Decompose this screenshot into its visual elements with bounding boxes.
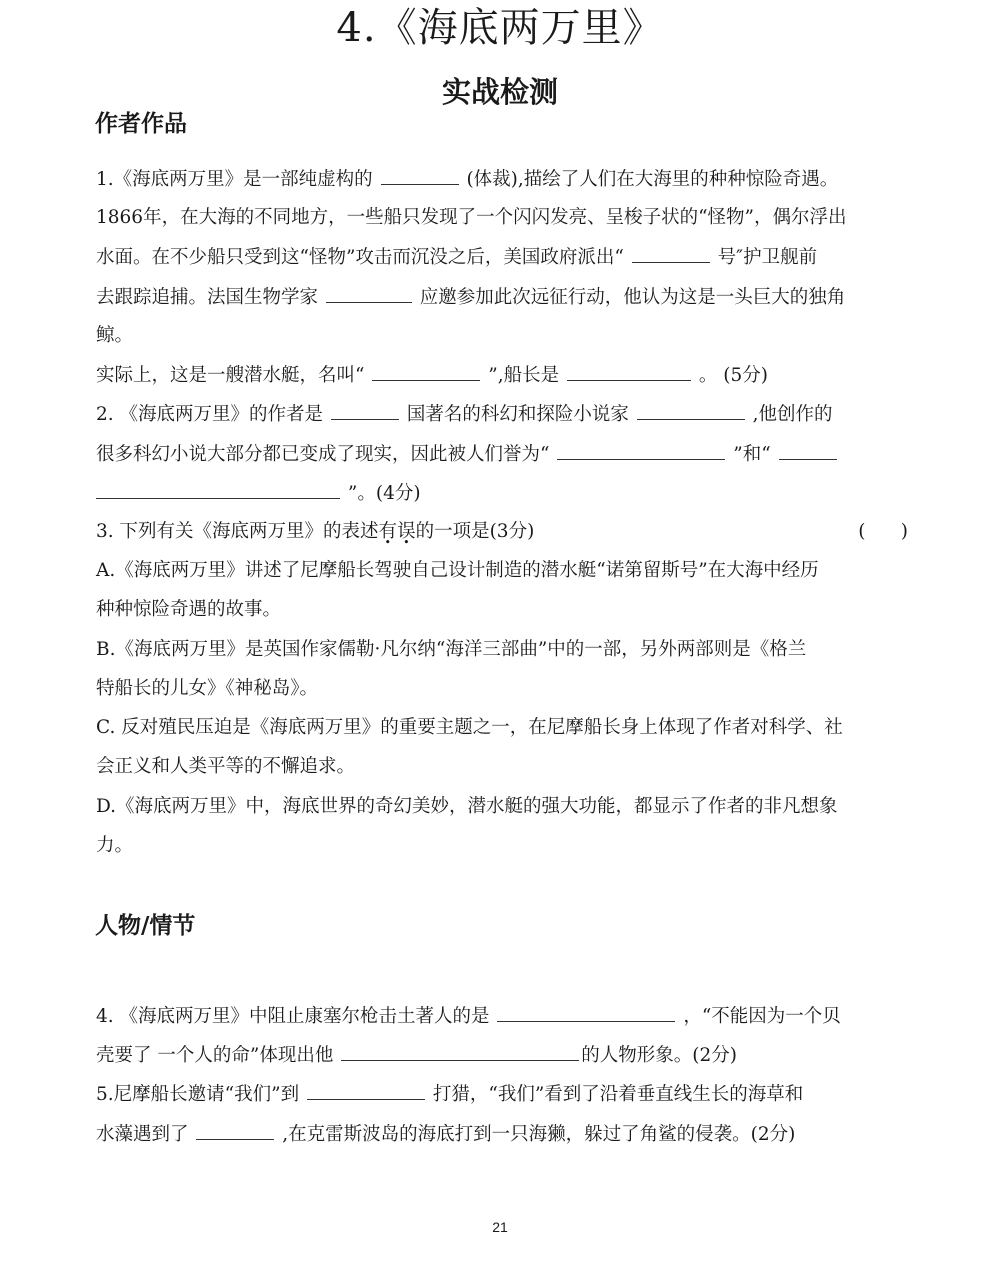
q5-line-2: 水藻遇到了 ,在克雷斯波岛的海底打到一只海獭，躲过了角鲨的侵袭。(2分): [96, 1121, 908, 1148]
q3-option-d-2: 力。: [96, 833, 908, 859]
q5-text: 5.尼摩船长邀请“我们”到: [96, 1084, 299, 1105]
q1-line-6: 实际上，这是一艘潜水艇，名叫“ ”,船长是 。 (5分): [96, 362, 908, 389]
q2-line-1: 2. 《海底两万里》的作者是 国著名的科幻和探险小说家 ,他创作的: [96, 401, 908, 428]
q3-option-c-1: C. 反对殖民压迫是《海底两万里》的重要主题之一，在尼摩船长身上体现了作者对科学…: [96, 715, 908, 741]
q1-text: 号″护卫舰前: [718, 247, 817, 268]
q2-line-3: ”。(4分): [96, 480, 908, 507]
q4-blank-image[interactable]: [341, 1042, 579, 1061]
q3-stem: 3. 下列有关《海底两万里》的表述有误的一项是(3分) ( ): [96, 519, 908, 545]
q4-text: 的人物形象。(2分): [581, 1045, 737, 1066]
q5-text: ,在克雷斯波岛的海底打到一只海獭，躲过了角鲨的侵袭。(2分): [282, 1124, 795, 1145]
q1-text: 。 (5分): [699, 365, 768, 386]
q2-blank-author[interactable]: [637, 401, 745, 420]
q2-blank-title-1[interactable]: [557, 441, 725, 460]
q4-blank-character[interactable]: [497, 1003, 675, 1022]
emphasis-mark: 有: [379, 521, 398, 542]
emphasis-mark: 误: [397, 521, 416, 542]
q5-blank-encounter[interactable]: [196, 1121, 274, 1140]
q3-answer-paren[interactable]: ( ): [858, 519, 908, 545]
q4-line-2: 壳要了 一个人的命”体现出他 的人物形象。(2分): [96, 1042, 908, 1069]
q5-blank-location[interactable]: [307, 1081, 425, 1100]
q2-line-2: 很多科幻小说大部分都已变成了现实，因此被人们誉为“ ”和“: [96, 441, 908, 468]
q3-option-b-2: 特船长的儿女》《神秘岛》。: [96, 676, 908, 702]
q1-blank-genre[interactable]: [381, 166, 459, 185]
q4-text: ，“不能因为一个贝: [683, 1006, 840, 1027]
q3-option-d-1: D.《海底两万里》中，海底世界的奇幻美妙，潜水艇的强大功能，都显示了作者的非凡想…: [96, 794, 908, 820]
q5-text: 打猎，“我们”看到了沿着垂直线生长的海草和: [433, 1084, 803, 1105]
q3-option-b-1: B.《海底两万里》是英国作家儒勒·凡尔纳“海洋三部曲”中的一部，另外两部则是《格…: [96, 637, 908, 663]
q3-option-c-2: 会正义和人类平等的不懈追求。: [96, 754, 908, 780]
q1-text: 应邀参加此次远征行动，他认为这是一头巨大的独角: [420, 287, 846, 308]
q4-text: 4. 《海底两万里》中阻止康塞尔枪击土著人的是: [96, 1006, 490, 1027]
q2-blank-title-2a[interactable]: [779, 441, 837, 460]
q5-line-1: 5.尼摩船长邀请“我们”到 打猎，“我们”看到了沿着垂直线生长的海草和: [96, 1081, 908, 1108]
q1-text: 实际上，这是一艘潜水艇，名叫“: [96, 365, 364, 386]
q1-line-4: 去跟踪追捕。法国生物学家 应邀参加此次远征行动，他认为这是一头巨大的独角: [96, 284, 908, 311]
q1-text: 去跟踪追捕。法国生物学家: [96, 287, 318, 308]
page-subtitle: 实战检测: [0, 72, 1000, 112]
q1-line-5: 鲸。: [96, 323, 908, 349]
q3-text: 3. 下列有关《海底两万里》的表述: [96, 521, 379, 542]
q5-text: 水藻遇到了: [96, 1124, 189, 1145]
q2-text: ,他创作的: [753, 404, 833, 425]
q1-text: 1.《海底两万里》是一部纯虚构的: [96, 169, 373, 190]
q2-text: ”。(4分): [348, 483, 421, 504]
section-heading-author-works: 作者作品: [95, 108, 187, 140]
q1-blank-biologist[interactable]: [326, 284, 412, 303]
section-heading-characters-plot: 人物/情节: [95, 910, 195, 942]
q1-blank-submarine[interactable]: [372, 362, 480, 381]
q2-blank-title-2b[interactable]: [96, 480, 340, 499]
q1-line-2: 1866年，在大海的不同地方，一些船只发现了一个闪闪发亮、呈梭子状的“怪物”，偶…: [96, 205, 908, 231]
q1-text: ”,船长是: [488, 365, 559, 386]
q1-line-3: 水面。在不少船只受到这“怪物”攻击而沉没之后，美国政府派出“ 号″护卫舰前: [96, 244, 908, 271]
q1-line-1: 1.《海底两万里》是一部纯虚构的 (体裁),描绘了人们在大海里的种种惊险奇遇。: [96, 166, 908, 193]
q4-line-1: 4. 《海底两万里》中阻止康塞尔枪击土著人的是 ，“不能因为一个贝: [96, 1003, 908, 1030]
q1-text: 水面。在不少船只受到这“怪物”攻击而沉没之后，美国政府派出“: [96, 247, 624, 268]
q3-option-a-1: A.《海底两万里》讲述了尼摩船长驾驶自己设计制造的潜水艇“诺第留斯号”在大海中经…: [96, 558, 908, 584]
q3-option-a-2: 种种惊险奇遇的故事。: [96, 597, 908, 623]
q3-text: 的一项是(3分): [416, 521, 535, 542]
q2-text: ”和“: [733, 444, 770, 465]
q1-blank-ship[interactable]: [632, 244, 710, 263]
q2-blank-country[interactable]: [331, 401, 399, 420]
q2-text: 很多科幻小说大部分都已变成了现实，因此被人们誉为“: [96, 444, 549, 465]
q1-blank-captain[interactable]: [567, 362, 691, 381]
q4-text: 壳要了 一个人的命”体现出他: [96, 1045, 333, 1066]
q1-text: (体裁),描绘了人们在大海里的种种惊险奇遇。: [466, 169, 838, 190]
page-number: 21: [0, 1218, 1000, 1236]
q2-text: 国著名的科幻和探险小说家: [407, 404, 629, 425]
page-title: 4.《海底两万里》: [0, 2, 1000, 54]
q2-text: 2. 《海底两万里》的作者是: [96, 404, 323, 425]
